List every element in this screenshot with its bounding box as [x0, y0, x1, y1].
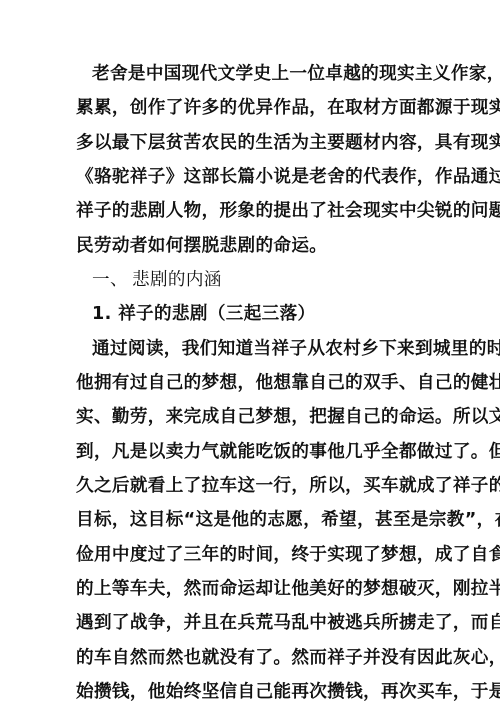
intro-line-6: 民劳动者如何摆脱悲剧的命运。: [76, 235, 442, 257]
intro-line-3: 多以最下层贫苦农民的生活为主要题材内容，具有现实意义，: [76, 132, 442, 154]
body-line-11: 始攒钱，他始终坚信自己能再次攒钱，再次买车，于是又开: [76, 681, 442, 703]
body-line-7: 俭用中度过了三年的时间，终于实现了梦想，成了自食其力: [76, 544, 442, 566]
subsection-heading: 1. 祥子的悲剧（三起三落）: [92, 303, 392, 325]
intro-line-2: 累累，创作了许多的优异作品，在取材方面都源于现实生活，: [76, 97, 442, 119]
body-line-6: 目标，这目标“这是他的志愿，希望，甚至是宗教”，在省吃: [76, 509, 442, 531]
body-line-8: 的上等车夫，然而命运却让他美好的梦想破灭，刚拉半年就: [76, 578, 442, 600]
section-title: 悲剧的内涵: [132, 270, 222, 290]
body-line-9: 遇到了战争，并且在兵荒马乱中被逃兵所掳走了，而自己买: [76, 612, 442, 634]
body-line-1: 通过阅读，我们知道当祥子从农村乡下来到城里的时候，: [92, 338, 442, 360]
body-line-3: 实、勤劳，来完成自己梦想，把握自己的命运。所以文中提: [76, 406, 442, 428]
body-line-10: 的车自然而然也就没有了。然而祥子并没有因此灰心，又开: [76, 647, 442, 669]
intro-line-5: 祥子的悲剧人物，形象的提出了社会现实中尖锐的问题，贫: [76, 200, 442, 222]
intro-line-4: 《骆驼祥子》这部长篇小说是老舍的代表作，作品通过塑造: [76, 166, 442, 188]
body-line-5: 久之后就看上了拉车这一行，所以，买车就成了祥子的理想: [76, 475, 442, 497]
document-page: 老舍是中国现代文学史上一位卓越的现实主义作家，硕果 累累，创作了许多的优异作品，…: [0, 0, 500, 707]
intro-line-1: 老舍是中国现代文学史上一位卓越的现实主义作家，硕果: [92, 63, 442, 85]
section-heading: 一、悲剧的内涵: [92, 269, 292, 291]
section-number: 一、: [92, 269, 132, 291]
body-line-4: 到，凡是以卖力气就能吃饭的事他几乎全都做过了。但是不: [76, 441, 442, 463]
body-line-2: 他拥有过自己的梦想，他想靠自己的双手、自己的健壮、诚: [76, 372, 442, 394]
